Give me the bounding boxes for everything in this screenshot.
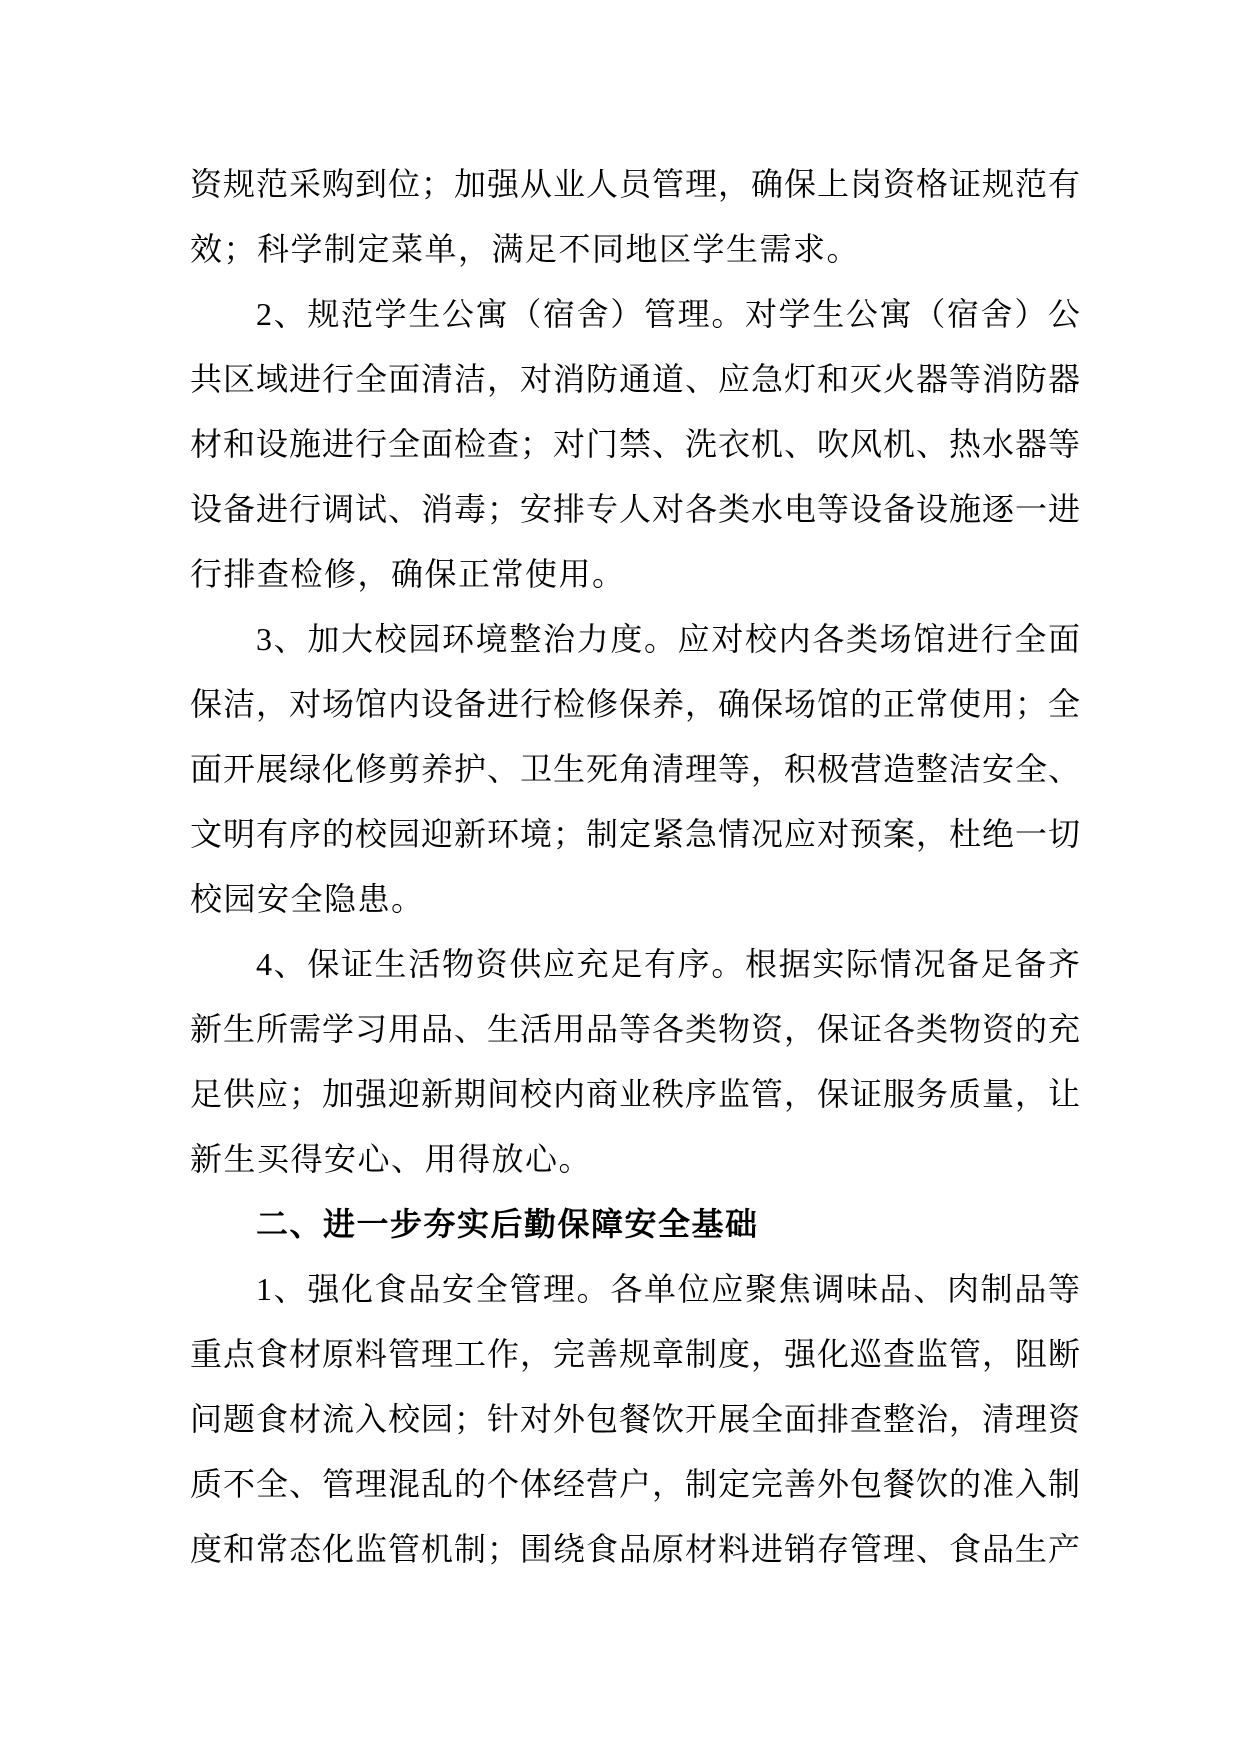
document-line: 问题食材流入校园；针对外包餐饮开展全面排查整治，清理资 [190,1387,1080,1452]
document-line: 3、加大校园环境整治力度。应对校内各类场馆进行全面 [190,607,1080,672]
document-line: 面开展绿化修剪养护、卫生死角清理等，积极营造整洁安全、 [190,737,1080,802]
document-line: 4、保证生活物资供应充足有序。根据实际情况备足备齐 [190,932,1080,997]
document-line: 文明有序的校园迎新环境；制定紧急情况应对预案，杜绝一切 [190,802,1080,867]
document-line: 行排查检修，确保正常使用。 [190,542,1080,607]
document-page: 资规范采购到位；加强从业人员管理，确保上岗资格证规范有效；科学制定菜单，满足不同… [0,0,1241,1754]
document-line: 材和设施进行全面检查；对门禁、洗衣机、吹风机、热水器等 [190,412,1080,477]
document-line: 新生买得安心、用得放心。 [190,1127,1080,1192]
document-line: 共区域进行全面清洁，对消防通道、应急灯和灭火器等消防器 [190,347,1080,412]
document-line: 新生所需学习用品、生活用品等各类物资，保证各类物资的充 [190,997,1080,1062]
document-line: 保洁，对场馆内设备进行检修保养，确保场馆的正常使用；全 [190,672,1080,737]
document-line: 2、规范学生公寓（宿舍）管理。对学生公寓（宿舍）公 [190,282,1080,347]
document-line: 校园安全隐患。 [190,867,1080,932]
document-line: 资规范采购到位；加强从业人员管理，确保上岗资格证规范有 [190,152,1080,217]
document-line: 重点食材原料管理工作，完善规章制度，强化巡查监管，阻断 [190,1322,1080,1387]
document-text-block: 资规范采购到位；加强从业人员管理，确保上岗资格证规范有效；科学制定菜单，满足不同… [190,152,1080,1582]
section-heading: 二、进一步夯实后勤保障安全基础 [190,1192,1080,1257]
document-line: 质不全、管理混乱的个体经营户，制定完善外包餐饮的准入制 [190,1452,1080,1517]
document-line: 足供应；加强迎新期间校内商业秩序监管，保证服务质量，让 [190,1062,1080,1127]
document-line: 设备进行调试、消毒；安排专人对各类水电等设备设施逐一进 [190,477,1080,542]
document-line: 1、强化食品安全管理。各单位应聚焦调味品、肉制品等 [190,1257,1080,1322]
document-line: 效；科学制定菜单，满足不同地区学生需求。 [190,217,1080,282]
document-line: 度和常态化监管机制；围绕食品原材料进销存管理、食品生产 [190,1517,1080,1582]
